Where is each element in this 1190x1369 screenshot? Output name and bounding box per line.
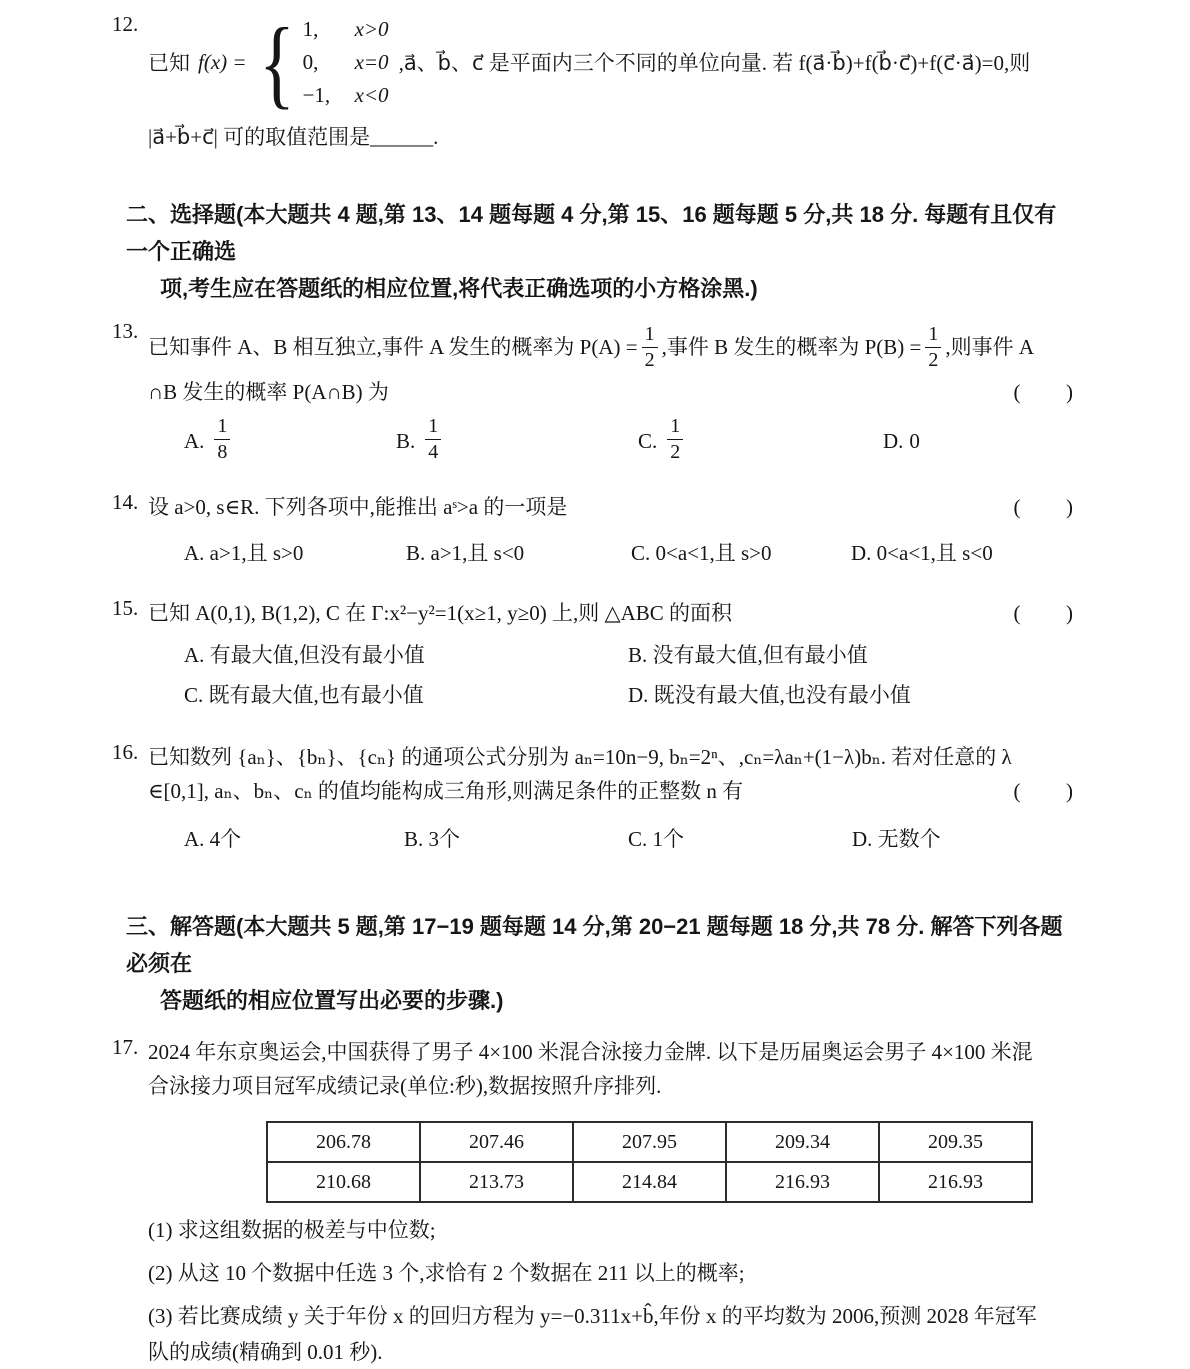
q13-text-3: ,则事件 A	[945, 335, 1034, 359]
section-3-header-line1: 三、解答题(本大题共 5 题,第 17−19 题每题 14 分,第 20−21 …	[126, 908, 1077, 982]
table-cell: 213.73	[420, 1162, 573, 1202]
q13-text-2: ,事件 B 发生的概率为 P(B) =	[662, 335, 922, 359]
q17-intro-line2: 合泳接力项目冠军成绩记录(单位:秒),数据按照升序排列.	[148, 1069, 1077, 1103]
fraction: 12	[667, 415, 683, 464]
table-cell: 216.93	[726, 1162, 879, 1202]
fraction-denominator: 4	[428, 440, 438, 464]
table-cell: 216.93	[879, 1162, 1032, 1202]
fraction: 14	[425, 415, 441, 464]
section-2-header: 二、选择题(本大题共 4 题,第 13、14 题每题 4 分,第 15、16 题…	[126, 196, 1077, 307]
q17-part-3-line1: (3) 若比赛成绩 y 关于年份 x 的回归方程为 y=−0.311x+b̂,年…	[148, 1299, 1077, 1333]
fraction-numerator: 1	[925, 323, 941, 348]
fraction-denominator: 2	[928, 348, 938, 372]
q13-option-a: A. 18	[184, 417, 396, 466]
exam-page: 12. 已知 f(x) = { 1, x>0 0, x=0 −1,	[0, 0, 1190, 1369]
q15-statement: 已知 A(0,1), B(1,2), C 在 Γ:x²−y²=1(x≥1, y≥…	[148, 596, 1077, 630]
q13-option-c: C. 12	[638, 417, 883, 466]
q14-answer-parentheses: ( )	[1014, 490, 1076, 524]
q12-blank-line: |a⃗+b⃗+c⃗| 可的取值范围是______.	[148, 120, 1077, 154]
table-cell: 214.84	[573, 1162, 726, 1202]
option-label: D.	[883, 429, 903, 454]
fraction-denominator: 2	[645, 348, 655, 372]
left-brace-glyph: {	[259, 20, 295, 105]
fraction-numerator: 1	[425, 415, 441, 440]
q15-text: 已知 A(0,1), B(1,2), C 在 Γ:x²−y²=1(x≥1, y≥…	[148, 596, 732, 630]
fraction-denominator: 8	[217, 440, 227, 464]
q13-statement-line1: 已知事件 A、B 相互独立,事件 A 发生的概率为 P(A) =12,事件 B …	[148, 319, 1077, 375]
table-cell: 206.78	[267, 1122, 420, 1162]
q13-statement-line2: ∩B 发生的概率 P(A∩B) 为 ( )	[148, 375, 1077, 409]
q17-text-2: 合泳接力项目冠军成绩记录(单位:秒),数据按照升序排列.	[148, 1074, 661, 1098]
question-13-number: 13.	[112, 319, 148, 344]
question-12-number: 12.	[112, 12, 148, 37]
case-condition: x>0	[355, 17, 389, 41]
question-15-number: 15.	[112, 596, 148, 621]
q15-option-c: C. 既有最大值,也有最小值	[184, 678, 628, 712]
fraction-denominator: 2	[670, 440, 680, 464]
q13-answer-parentheses: ( )	[1014, 375, 1076, 409]
question-15: 15. 已知 A(0,1), B(1,2), C 在 Γ:x²−y²=1(x≥1…	[112, 596, 1077, 712]
results-table: 206.78 207.46 207.95 209.34 209.35 210.6…	[266, 1121, 1033, 1203]
q14-option-c: C. 0<a<1,且 s>0	[631, 536, 851, 570]
table-row: 210.68 213.73 214.84 216.93 216.93	[267, 1162, 1032, 1202]
fraction-numerator: 1	[214, 415, 230, 440]
q13-text-4: ∩B 发生的概率 P(A∩B) 为	[148, 375, 389, 409]
q14-statement: 设 a>0, s∈R. 下列各项中,能推出 aˢ>a 的一项是 ( )	[148, 490, 1077, 524]
q14-option-d: D. 0<a<1,且 s<0	[851, 536, 1077, 570]
q16-statement-line1: 已知数列 {aₙ}、{bₙ}、{cₙ} 的通项公式分别为 aₙ=10n−9, b…	[148, 740, 1077, 774]
table-cell: 209.34	[726, 1122, 879, 1162]
q13-option-b: B. 14	[396, 417, 638, 466]
case-condition: x<0	[355, 83, 389, 107]
question-14: 14. 设 a>0, s∈R. 下列各项中,能推出 aˢ>a 的一项是 ( ) …	[112, 490, 1077, 570]
question-16: 16. 已知数列 {aₙ}、{bₙ}、{cₙ} 的通项公式分别为 aₙ=10n−…	[112, 740, 1077, 856]
fraction: 12	[642, 323, 658, 372]
question-12: 12. 已知 f(x) = { 1, x>0 0, x=0 −1,	[112, 12, 1077, 154]
q17-part-3-line2: 队的成绩(精确到 0.01 秒).	[148, 1335, 1077, 1369]
q15-options: A. 有最大值,但没有最小值 B. 没有最大值,但有最小值 C. 既有最大值,也…	[148, 638, 1077, 712]
q14-option-a: A. a>1,且 s>0	[184, 536, 406, 570]
q17-intro-line1: 2024 年东京奥运会,中国获得了男子 4×100 米混合泳接力金牌. 以下是历…	[148, 1035, 1077, 1069]
question-17-number: 17.	[112, 1035, 148, 1060]
table-row: 206.78 207.46 207.95 209.34 209.35	[267, 1122, 1032, 1162]
table-cell: 209.35	[879, 1122, 1032, 1162]
q13-text-1: 已知事件 A、B 相互独立,事件 A 发生的概率为 P(A) =	[148, 335, 638, 359]
q15-option-a: A. 有最大值,但没有最小值	[184, 638, 628, 672]
q12-case-2: 0, x=0	[303, 50, 389, 74]
q16-option-a: A. 4个	[184, 822, 404, 856]
q12-fill-in-blank: |a⃗+b⃗+c⃗| 可的取值范围是______.	[148, 125, 438, 149]
q15-option-b: B. 没有最大值,但有最小值	[628, 638, 1077, 672]
question-13: 13. 已知事件 A、B 相互独立,事件 A 发生的概率为 P(A) =12,事…	[112, 319, 1077, 466]
question-17: 17. 2024 年东京奥运会,中国获得了男子 4×100 米混合泳接力金牌. …	[112, 1035, 1077, 1369]
q16-text-1: 已知数列 {aₙ}、{bₙ}、{cₙ} 的通项公式分别为 aₙ=10n−9, b…	[148, 745, 1012, 769]
option-value: 0	[909, 429, 920, 454]
q13-options: A. 18 B. 14 C. 12 D. 0	[148, 417, 1077, 466]
case-value: −1,	[303, 83, 355, 107]
q16-option-b: B. 3个	[404, 822, 628, 856]
q12-piecewise-line: 已知 f(x) = { 1, x>0 0, x=0 −1, x<0	[148, 12, 1077, 112]
q14-options: A. a>1,且 s>0 B. a>1,且 s<0 C. 0<a<1,且 s>0…	[148, 536, 1077, 570]
q17-part-2: (2) 从这 10 个数据中任选 3 个,求恰有 2 个数据在 211 以上的概…	[148, 1256, 1077, 1290]
section-2-header-line2: 项,考生应在答题纸的相应位置,将代表正确选项的小方格涂黑.)	[160, 270, 1077, 307]
q12-prefix: 已知	[148, 47, 190, 77]
q17-text-1: 2024 年东京奥运会,中国获得了男子 4×100 米混合泳接力金牌. 以下是历…	[148, 1040, 1033, 1064]
table-cell: 207.46	[420, 1122, 573, 1162]
fraction: 12	[925, 323, 941, 372]
q16-options: A. 4个 B. 3个 C. 1个 D. 无数个	[148, 822, 1077, 856]
q13-option-d: D. 0	[883, 429, 1077, 454]
fraction-numerator: 1	[667, 415, 683, 440]
fraction: 18	[214, 415, 230, 464]
q16-option-c: C. 1个	[628, 822, 852, 856]
case-value: 0,	[303, 50, 355, 74]
case-condition: x=0	[355, 50, 389, 74]
q16-text-2: ∈[0,1], aₙ、bₙ、cₙ 的值均能构成三角形,则满足条件的正整数 n 有	[148, 774, 743, 808]
section-3-header-line2: 答题纸的相应位置写出必要的步骤.)	[160, 982, 1077, 1019]
q14-text: 设 a>0, s∈R. 下列各项中,能推出 aˢ>a 的一项是	[148, 490, 567, 524]
q16-answer-parentheses: ( )	[1014, 774, 1076, 808]
case-value: 1,	[303, 17, 355, 41]
q12-case-3: −1, x<0	[303, 83, 389, 107]
option-label: A.	[184, 429, 204, 454]
option-label: B.	[396, 429, 415, 454]
table-cell: 207.95	[573, 1122, 726, 1162]
q15-option-d: D. 既没有最大值,也没有最小值	[628, 678, 1077, 712]
q17-part-1: (1) 求这组数据的极差与中位数;	[148, 1213, 1077, 1247]
q12-function-name: f(x) =	[198, 50, 247, 75]
q15-answer-parentheses: ( )	[1014, 596, 1076, 630]
fraction-numerator: 1	[642, 323, 658, 348]
q16-statement-line2: ∈[0,1], aₙ、bₙ、cₙ 的值均能构成三角形,则满足条件的正整数 n 有…	[148, 774, 1077, 808]
table-cell: 210.68	[267, 1162, 420, 1202]
section-2-header-line1: 二、选择题(本大题共 4 题,第 13、14 题每题 4 分,第 15、16 题…	[126, 196, 1077, 270]
q12-statement: ,a⃗、b⃗、c⃗ 是平面内三个不同的单位向量. 若 f(a⃗·b⃗)+f(b⃗…	[399, 47, 1031, 77]
option-label: C.	[638, 429, 657, 454]
q12-piecewise-cases: 1, x>0 0, x=0 −1, x<0	[303, 17, 389, 107]
q12-case-1: 1, x>0	[303, 17, 389, 41]
section-3-header: 三、解答题(本大题共 5 题,第 17−19 题每题 14 分,第 20−21 …	[126, 908, 1077, 1019]
question-16-number: 16.	[112, 740, 148, 765]
question-14-number: 14.	[112, 490, 148, 515]
q14-option-b: B. a>1,且 s<0	[406, 536, 631, 570]
q16-option-d: D. 无数个	[852, 822, 1077, 856]
